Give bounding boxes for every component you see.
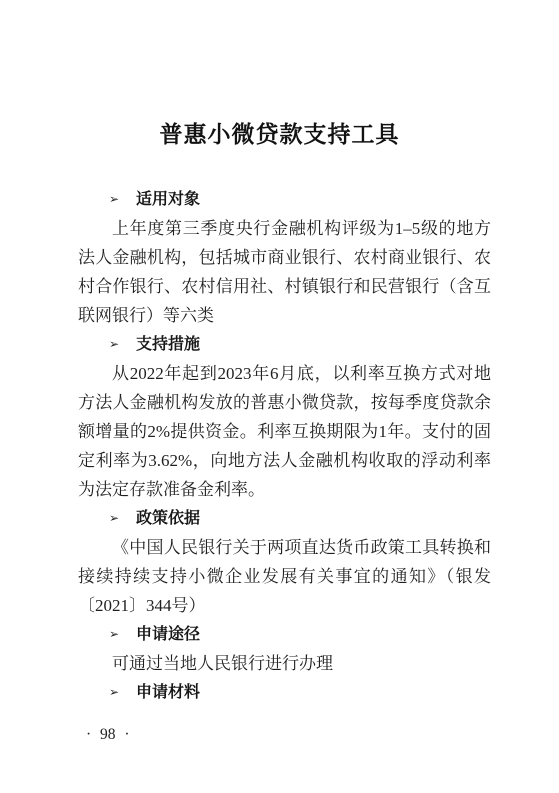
arrow-bullet-icon: ➢ — [109, 330, 136, 359]
section-policy-basis: ➢政策依据 《中国人民银行关于两项直达货币政策工具转换和接续持续支持小微企业发展… — [78, 504, 491, 620]
section-heading: ➢适用对象 — [78, 185, 491, 214]
section-application-channel: ➢申请途径 可通过当地人民银行进行办理 — [78, 620, 491, 678]
section-heading-label: 政策依据 — [136, 510, 200, 527]
doc-title: 普惠小微贷款支持工具 — [0, 0, 559, 153]
section-paragraph: 《中国人民银行关于两项直达货币政策工具转换和接续持续支持小微企业发展有关事宜的通… — [78, 533, 491, 620]
section-heading: ➢政策依据 — [78, 504, 491, 533]
section-paragraph: 可通过当地人民银行进行办理 — [78, 649, 491, 678]
section-paragraph: 上年度第三季度央行金融机构评级为1–5级的地方法人金融机构，包括城市商业银行、农… — [78, 214, 491, 330]
section-heading: ➢申请材料 — [78, 678, 491, 707]
section-heading-label: 申请途径 — [136, 626, 200, 643]
section-heading-label: 适用对象 — [136, 191, 200, 208]
section-heading-label: 申请材料 — [136, 684, 200, 701]
section-heading: ➢支持措施 — [78, 330, 491, 359]
document-page: 普惠小微贷款支持工具 ➢适用对象 上年度第三季度央行金融机构评级为1–5级的地方… — [0, 0, 559, 793]
section-application-materials: ➢申请材料 — [78, 678, 491, 707]
arrow-bullet-icon: ➢ — [109, 620, 136, 649]
section-applicable-targets: ➢适用对象 上年度第三季度央行金融机构评级为1–5级的地方法人金融机构，包括城市… — [78, 185, 491, 330]
section-heading-label: 支持措施 — [136, 336, 200, 353]
section-heading: ➢申请途径 — [78, 620, 491, 649]
arrow-bullet-icon: ➢ — [109, 185, 136, 214]
arrow-bullet-icon: ➢ — [109, 504, 136, 533]
arrow-bullet-icon: ➢ — [109, 678, 136, 707]
section-support-measures: ➢支持措施 从2022年起到2023年6月底，以利率互换方式对地方法人金融机构发… — [78, 330, 491, 504]
section-paragraph: 从2022年起到2023年6月底，以利率互换方式对地方法人金融机构发放的普惠小微… — [78, 359, 491, 504]
page-number: · 98 · — [86, 723, 130, 747]
doc-content: ➢适用对象 上年度第三季度央行金融机构评级为1–5级的地方法人金融机构，包括城市… — [78, 185, 491, 707]
